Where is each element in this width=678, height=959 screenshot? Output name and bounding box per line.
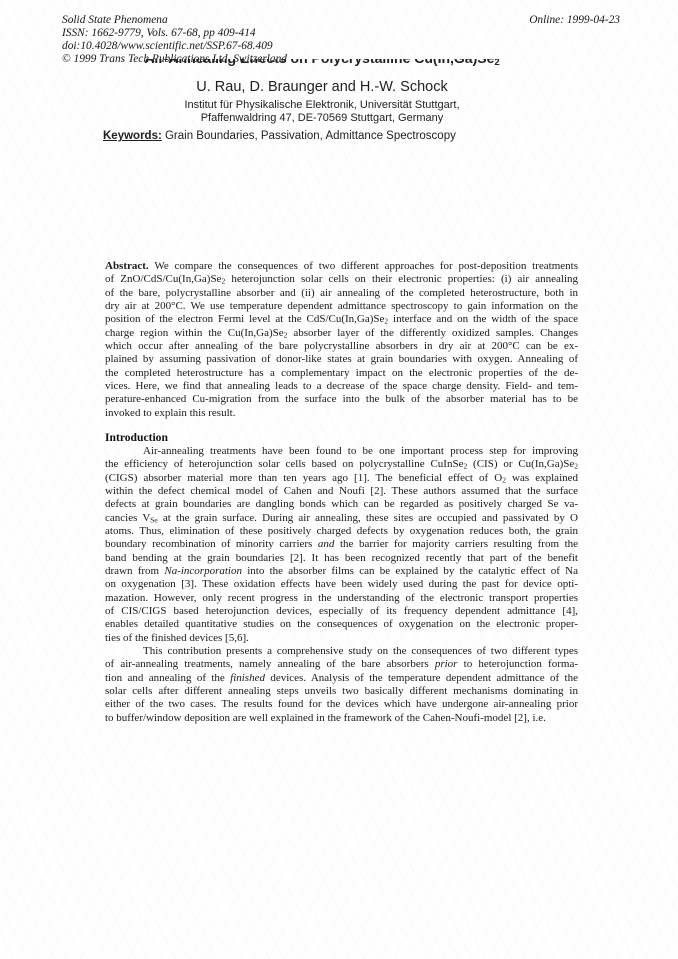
text-line: tion and annealing of the finished devic… <box>105 672 578 685</box>
text-line: of ZnO/CdS/Cu(In,Ga)Se2 heterojunction s… <box>105 273 578 286</box>
text-line: boundary recombination of minority carri… <box>105 538 578 551</box>
text-line: of CIS/CIGS based heterojunction devices… <box>105 605 578 618</box>
text-line: mazation. However, only recent progress … <box>105 592 578 605</box>
text-line: which occur after annealing of the bare … <box>105 340 578 353</box>
affiliation-line-1: Institut für Physikalische Elektronik, U… <box>66 99 578 112</box>
text-line: atoms. Thus, elimination of these positi… <box>105 525 578 538</box>
introduction-heading: Introduction <box>105 431 168 444</box>
issn-line: ISSN: 1662-9779, Vols. 67-68, pp 409-414 <box>62 27 287 40</box>
text-line: the efficiency of heterojunction solar c… <box>105 458 578 471</box>
text-line: dry air at 200°C. We use temperature dep… <box>105 300 578 313</box>
text-line: vices. Here, we find that annealing lead… <box>105 380 578 393</box>
text-line: band bending at the grain boundaries [2]… <box>105 552 578 565</box>
abstract-paragraph: Abstract. We compare the consequences of… <box>105 260 578 420</box>
publication-info: Solid State Phenomena ISSN: 1662-9779, V… <box>62 14 287 66</box>
affiliation: Institut für Physikalische Elektronik, U… <box>66 99 578 125</box>
doi-line: doi:10.4028/www.scientific.net/SSP.67-68… <box>62 40 287 53</box>
paper-page: Solid State Phenomena ISSN: 1662-9779, V… <box>0 0 678 959</box>
text-line: defects at grain boundaries are dangling… <box>105 498 578 511</box>
article-title-text: Air-Annealing Effects on Polycrystalline… <box>66 59 578 66</box>
text-line: position of the electron Fermi level at … <box>105 313 578 326</box>
text-line: cancies VSe at the grain surface. During… <box>105 512 578 525</box>
text-line: drawn from Na-incorporation into the abs… <box>105 565 578 578</box>
introduction-paragraph-1: Air-annealing treatments have been found… <box>105 445 578 645</box>
text-line: the completed heterostructure has a comp… <box>105 367 578 380</box>
text-line: within the defect chemical model of Cahe… <box>105 485 578 498</box>
text-line: solar cells after different annealing st… <box>105 685 578 698</box>
journal-name: Solid State Phenomena <box>62 14 287 27</box>
text-line: to buffer/window deposition are well exp… <box>105 712 578 725</box>
affiliation-line-2: Pfaffenwaldring 47, DE-70569 Stuttgart, … <box>66 112 578 125</box>
text-line: either of the two cases. The results fou… <box>105 698 578 711</box>
text-line: charge region within the Cu(In,Ga)Se2 ab… <box>105 327 578 340</box>
keywords-line: Keywords: Grain Boundaries, Passivation,… <box>103 130 583 142</box>
text-line: of the bare, polycrystalline absorber an… <box>105 287 578 300</box>
keywords-text: Grain Boundaries, Passivation, Admittanc… <box>162 130 456 142</box>
introduction-paragraph-2: This contribution presents a comprehensi… <box>105 645 578 725</box>
text-line: on oxygenation [3]. These oxidation effe… <box>105 578 578 591</box>
text-line: of air-annealing treatments, namely anne… <box>105 658 578 671</box>
text-line: Abstract. We compare the consequences of… <box>105 260 578 273</box>
article-title-clipped: Air-Annealing Effects on Polycrystalline… <box>66 59 578 70</box>
text-line: perature-enhanced Cu-migration from the … <box>105 393 578 406</box>
text-line: enables detailed quantitative studies on… <box>105 618 578 631</box>
text-line: This contribution presents a comprehensi… <box>105 645 578 658</box>
authors-line: U. Rau, D. Braunger and H.-W. Schock <box>66 79 578 95</box>
online-date: Online: 1999-04-23 <box>529 14 620 26</box>
text-line: (CIGS) absorber material more than ten y… <box>105 472 578 485</box>
text-line: plained by assuming passivation of donor… <box>105 353 578 366</box>
keywords-label: Keywords: <box>103 130 162 142</box>
text-line: ties of the finished devices [5,6]. <box>105 632 578 645</box>
text-line: Air-annealing treatments have been found… <box>105 445 578 458</box>
text-line: invoked to explain this result. <box>105 407 578 420</box>
